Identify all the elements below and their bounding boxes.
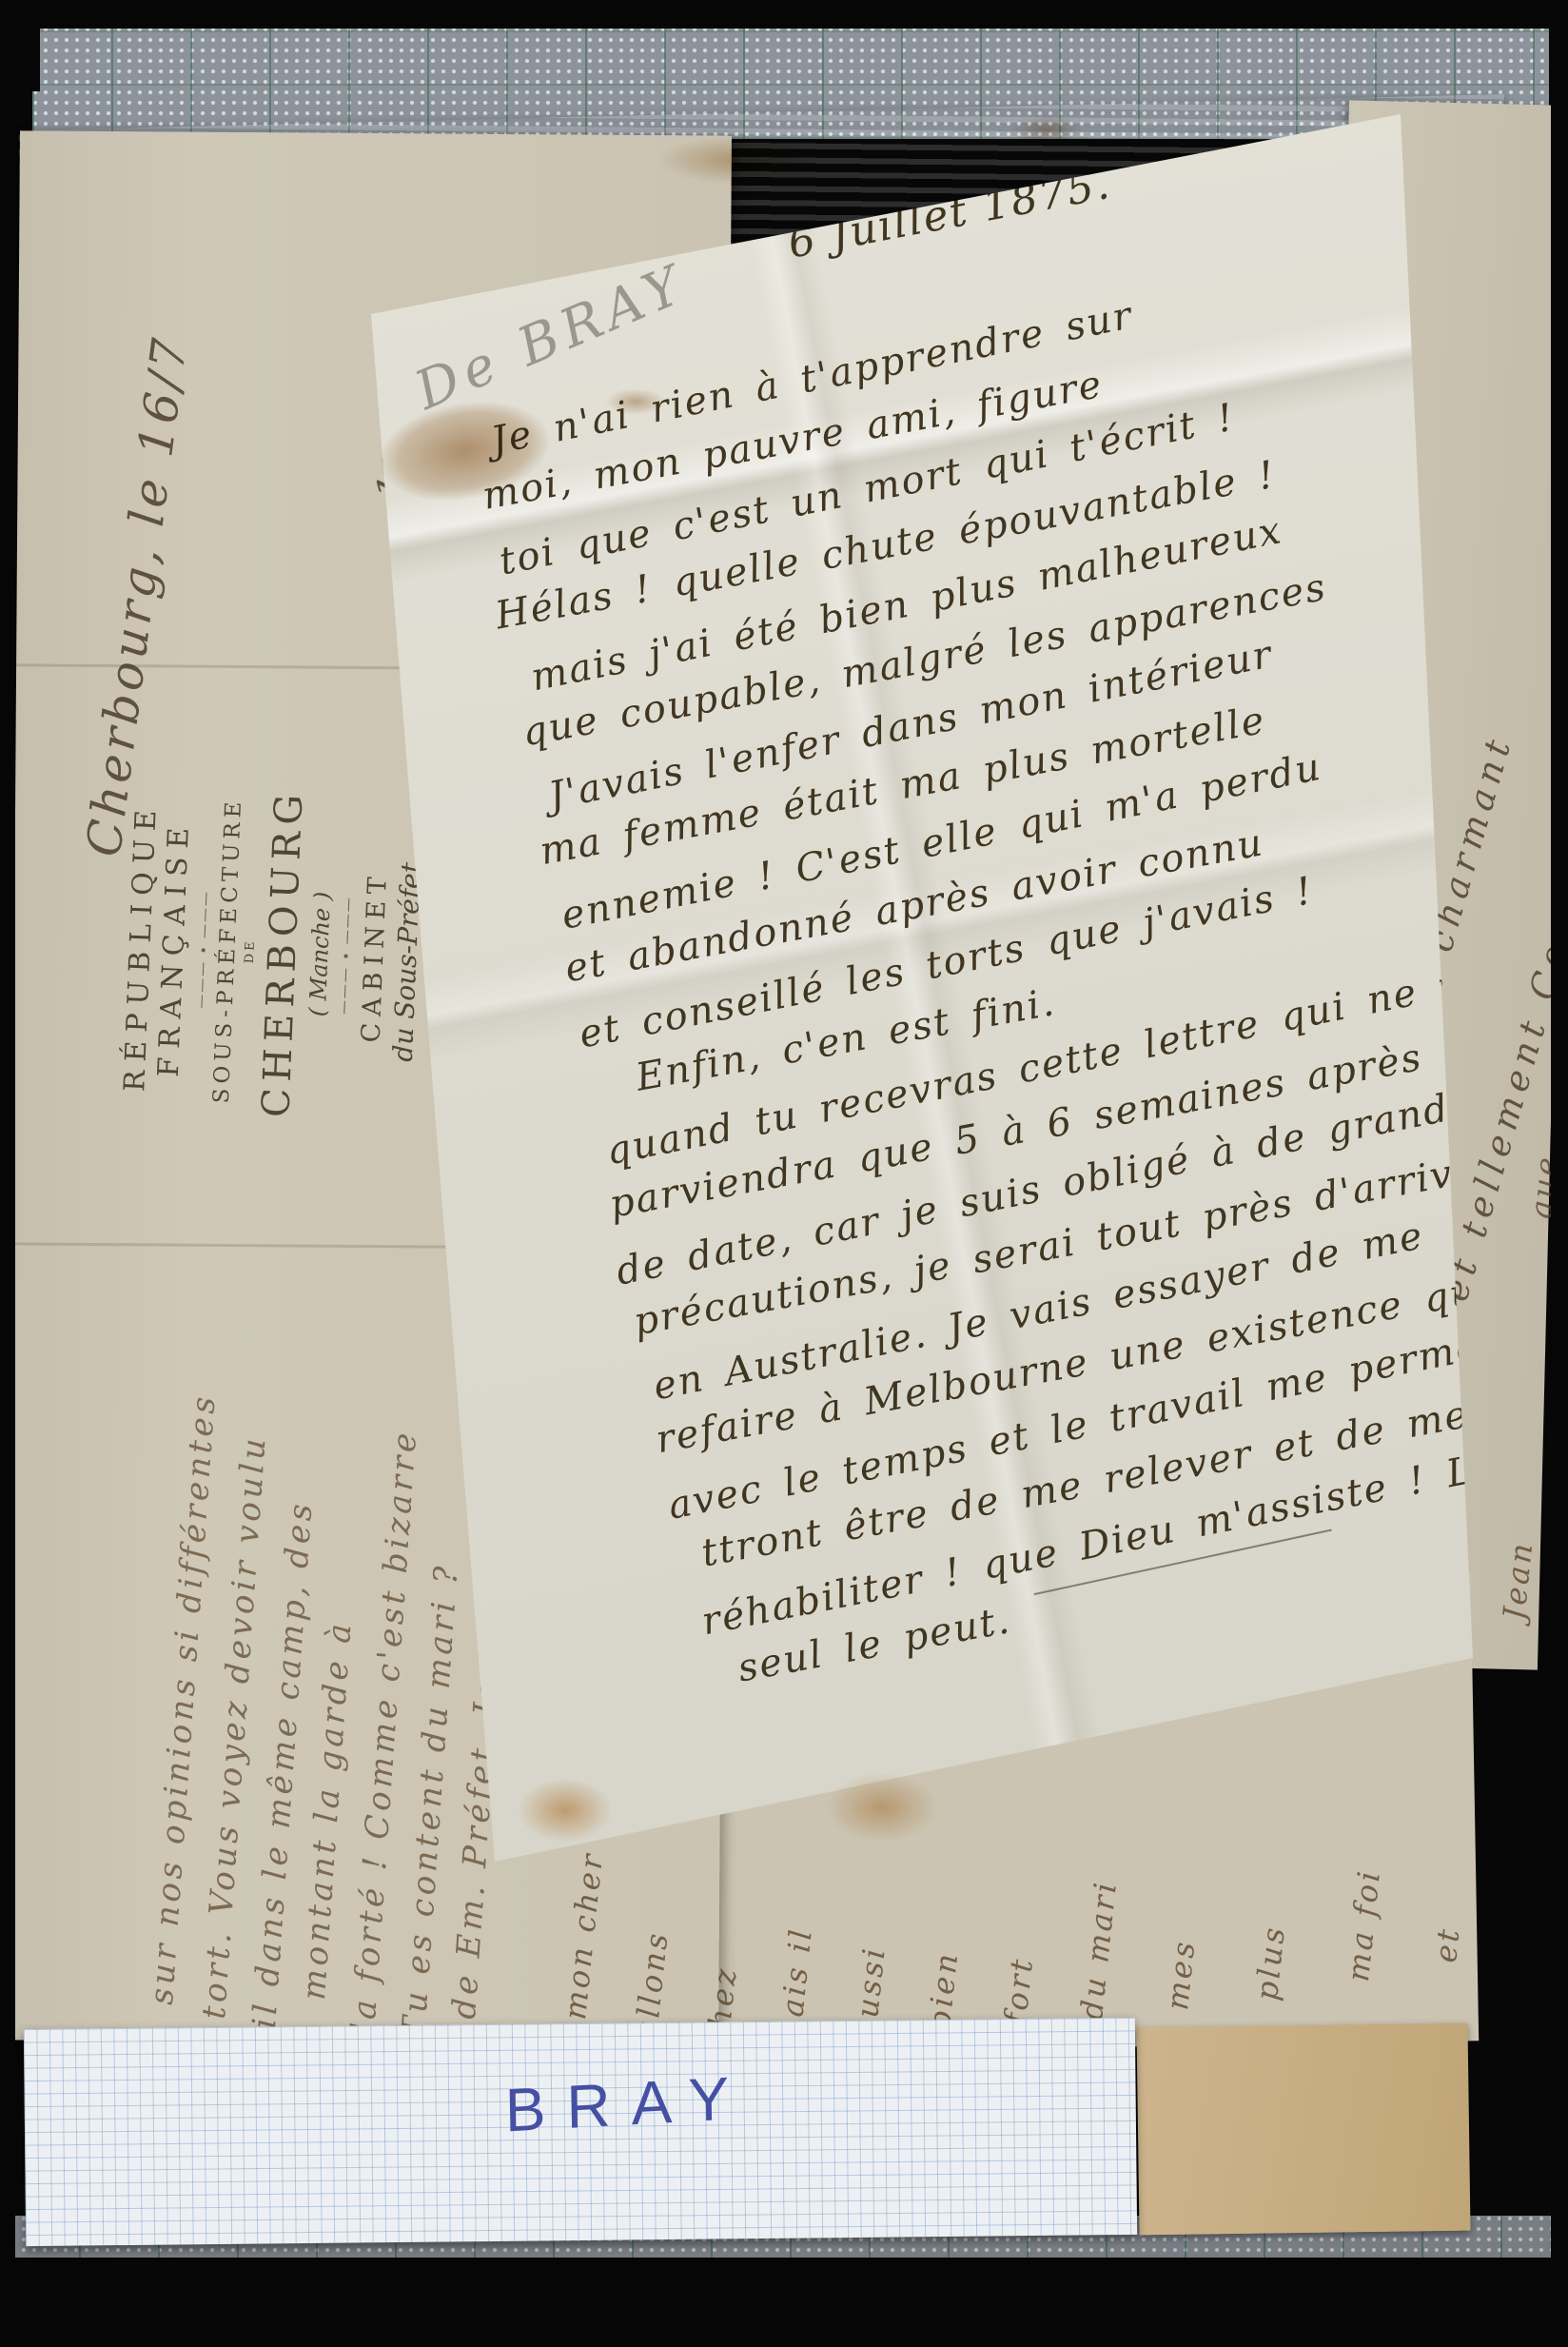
graph-slip: BRAY xyxy=(24,2018,1137,2246)
bray-label: BRAY xyxy=(504,2062,751,2146)
stain xyxy=(518,1778,613,1843)
stain xyxy=(605,388,666,415)
background-script-fragment: mes xyxy=(1159,1938,1203,2012)
letterhead-block: RÉPUBLIQUE FRANÇAISE ——— ∙ ——— SOUS-PRÉF… xyxy=(113,687,459,1219)
stain xyxy=(826,1772,938,1843)
photo-frame-top xyxy=(0,0,1568,29)
photo-frame-bottom xyxy=(0,2258,1568,2347)
photo-of-letters: qui est charmant et tellement Commode qu… xyxy=(0,0,1568,2347)
stain xyxy=(1010,114,1083,147)
background-script-fragment: fort xyxy=(997,1955,1040,2026)
photo-frame-corner xyxy=(0,0,40,91)
tan-paper xyxy=(1136,2023,1470,2236)
photo-frame-right xyxy=(1551,0,1568,2347)
photo-frame-left xyxy=(0,0,15,2347)
stain xyxy=(657,135,818,185)
background-script-fragment: et xyxy=(1427,1924,1467,1964)
